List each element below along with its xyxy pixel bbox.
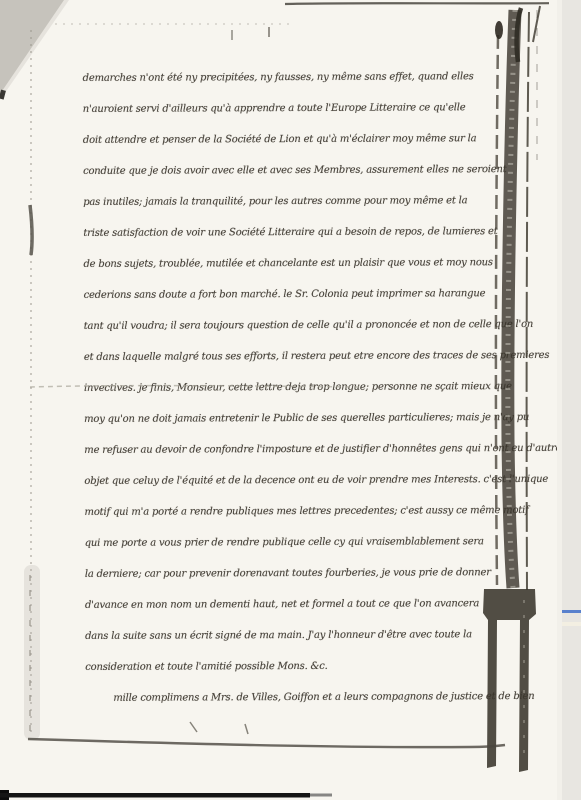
manuscript-line: motif qui m'a porté a rendre publiques m… (84, 495, 508, 528)
pale-scan-mark (562, 622, 581, 626)
scan-edge-strip (557, 0, 581, 800)
spine-ink-blot (495, 21, 503, 39)
scanner-bed-bar (0, 790, 332, 800)
page-top-edge (55, 3, 549, 40)
manuscript-line: d'avance en mon nom un dementi haut, net… (85, 588, 509, 621)
letter-body: demarches n'ont été ny precipitées, ny f… (83, 61, 510, 714)
blue-scan-mark (562, 610, 581, 613)
manuscript-line: consideration et toute l'amitié possible… (85, 650, 509, 683)
scanned-letter-page: demarches n'ont été ny precipitées, ny f… (0, 0, 581, 800)
page-bottom-edge (28, 722, 505, 747)
manuscript-line: doit attendre et penser de la Société de… (83, 123, 507, 156)
manuscript-line: invectives. je finis, Monsieur, cette le… (84, 371, 508, 404)
manuscript-line: pas inutiles; jamais la tranquilité, pou… (83, 185, 507, 218)
manuscript-line: de bons sujets, troublée, mutilée et cha… (83, 247, 507, 280)
manuscript-line: me refuser au devoir de confondre l'impo… (84, 433, 508, 466)
manuscript-line: moy qu'on ne doit jamais entretenir le P… (84, 402, 508, 435)
manuscript-line: objet que celuy de l'équité et de la dec… (84, 464, 508, 497)
manuscript-line: qui me porte a vous prier de rendre publ… (85, 526, 509, 559)
manuscript-line: n'auroient servi d'ailleurs qu'à apprend… (83, 92, 507, 125)
manuscript-line: la derniere; car pour prevenir dorenavan… (85, 557, 509, 590)
manuscript-line: triste satisfaction de voir une Société … (83, 216, 507, 249)
manuscript-line: demarches n'ont été ny precipitées, ny f… (83, 61, 507, 94)
manuscript-line: tant qu'il voudra; il sera toujours ques… (84, 309, 508, 342)
manuscript-line: et dans laquelle malgré tous ses efforts… (84, 340, 508, 373)
manuscript-line: cederions sans doute a fort bon marché. … (84, 278, 508, 311)
left-crease-line (0, 30, 40, 740)
manuscript-line: mille complimens a Mrs. de Villes, Goiff… (85, 681, 509, 714)
manuscript-line: dans la suite sans un écrit signé de ma … (85, 619, 509, 652)
manuscript-line: conduite que je dois avoir avec elle et … (83, 154, 507, 187)
